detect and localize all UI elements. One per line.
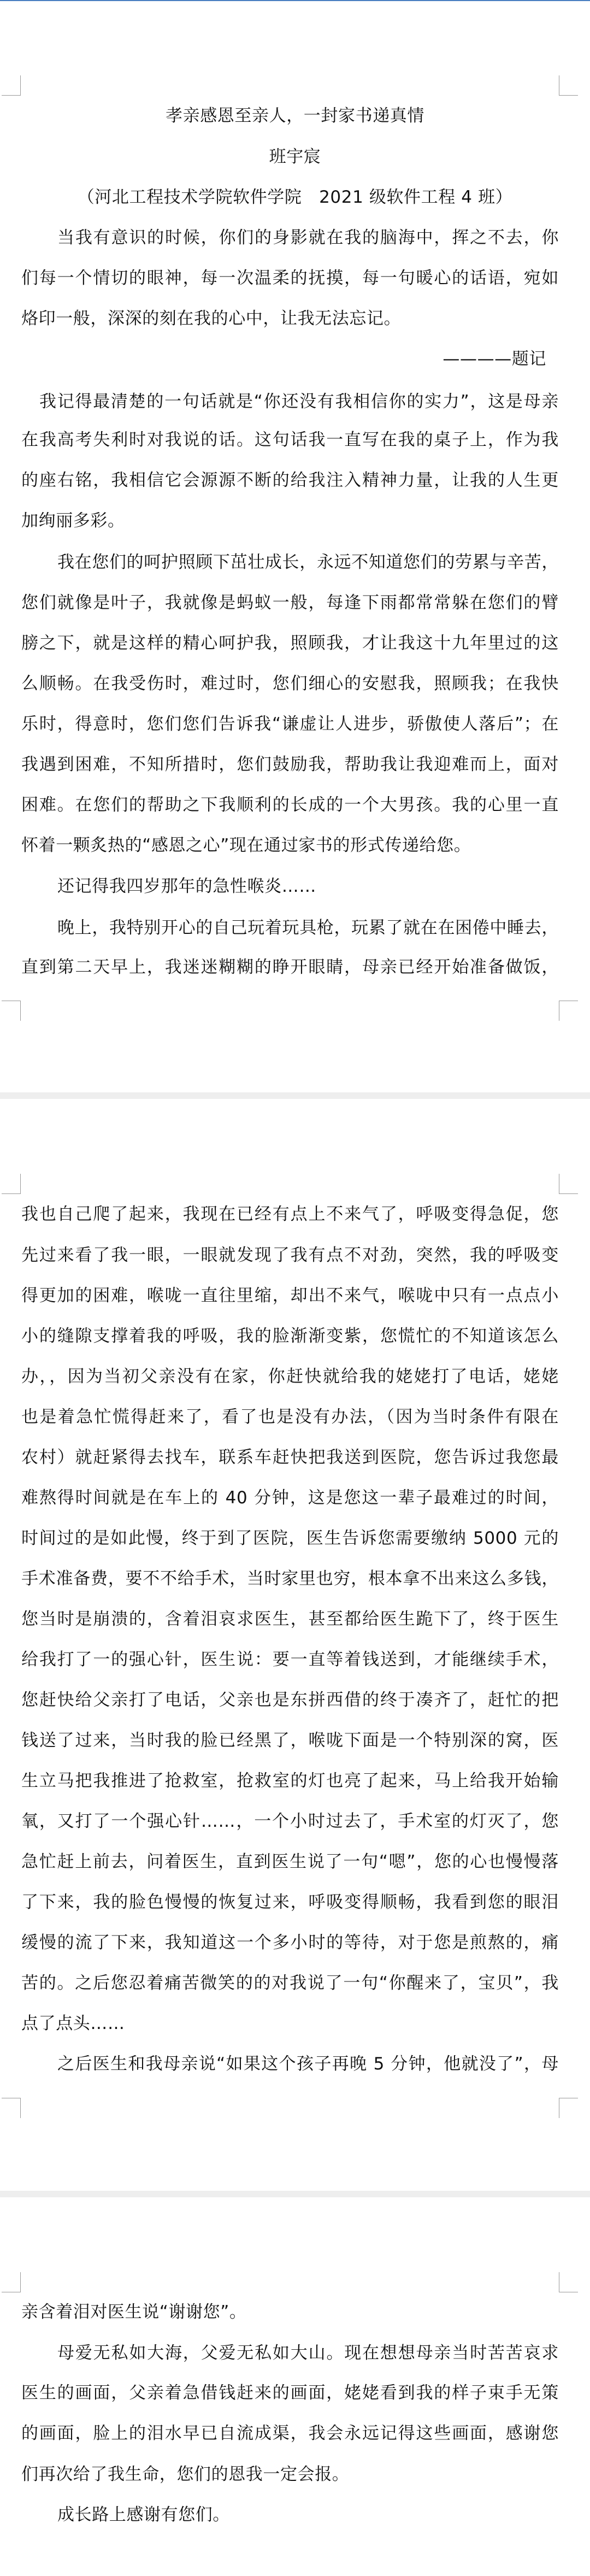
page-2: 我也自己爬了起来，我现在已经有点上不来气了，呼吸变得急促，您 先过来看了我一眼，…	[0, 1099, 590, 2191]
page-break-gap	[0, 1092, 590, 1099]
paragraph-line: 么顺畅。在我受伤时，难过时，您们细心的安慰我，照顾我；在我快	[21, 673, 559, 695]
paragraph-line: 难熬得时间就是在车上的 40 分钟，这是您这一辈子最难过的时间，	[21, 1487, 559, 1509]
paragraph-line: 办，，因为当初父亲没有在家，你赶快就给我的姥姥打了电话，姥姥	[21, 1366, 559, 1387]
paragraph-line: 氧，又打了一个强心针……，一个小时过去了，手术室的灯灭了，您	[21, 1810, 559, 1832]
paragraph-line: 的画面，脸上的泪水早已自流成渠，我会永远记得这些画面，感谢您	[21, 2422, 559, 2444]
margin-corner-mark	[2, 1174, 21, 1194]
paragraph-line: 生立马把我推进了抢救室，抢救室的灯也亮了起来，马上给我开始输	[21, 1770, 559, 1792]
margin-corner-mark	[559, 2272, 578, 2292]
epigraph-line: 烙印一般，深深的刻在我的心中，让我无法忘记。	[21, 308, 559, 330]
paragraph-line: 您赶快给父亲打了电话，父亲也是东拼西借的终于凑齐了，赶忙的把	[21, 1689, 559, 1711]
paragraph-line: 点了点头……	[21, 2013, 559, 2034]
epigraph-line: 当我有意识的时候，你们的身影就在我的脑海中，挥之不去，你	[57, 227, 559, 249]
margin-corner-mark	[2, 2272, 21, 2292]
epigraph-signature: ————题记	[0, 348, 546, 370]
paragraph-line: 亲含着泪对医生说“谢谢您”。	[21, 2301, 559, 2323]
paragraph-line: 时间过的是如此慢，终于到了医院，医生告诉您需要缴纳 5000 元的	[21, 1527, 559, 1549]
paragraph-line: 直到第二天早上，我迷迷糊糊的睁开眼睛，母亲已经开始准备做饭，	[21, 956, 559, 978]
author-affiliation: （河北工程技术学院软件学院 2021 级软件工程 4 班）	[0, 186, 590, 208]
paragraph-line: 困难。在您们的帮助之下我顺利的长成的一个大男孩。我的心里一直	[21, 794, 559, 816]
margin-corner-mark	[2, 1001, 21, 1021]
paragraph-line: 钱送了过来，当时我的脸已经黑了，喉咙下面是一个特别深的窝，医	[21, 1730, 559, 1751]
epigraph-line: 们每一个情切的眼神，每一次温柔的抚摸，每一句暖心的话语，宛如	[21, 267, 559, 289]
paragraph-line: 在我高考失利时对我说的话。这句话我一直写在我的桌子上，作为我	[21, 429, 559, 451]
paragraph-line: 也是着急忙慌得赶来了，看了也是没有办法，（因为当时条件有限在	[21, 1406, 559, 1428]
paragraph-line: 还记得我四岁那年的急性喉炎……	[57, 875, 559, 897]
paragraph-line: 成长路上感谢有您们。	[57, 2504, 559, 2526]
margin-corner-mark	[559, 75, 578, 96]
margin-corner-mark	[559, 2098, 578, 2118]
paragraph-line: 晚上，我特别开心的自己玩着玩具枪，玩累了就在在困倦中睡去，	[57, 917, 559, 939]
paragraph-line: 医生的画面，父亲着急借钱赶来的画面，姥姥看到我的样子束手无策	[21, 2382, 559, 2404]
paragraph-line: 们再次给了我生命，您们的恩我一定会报。	[21, 2463, 559, 2485]
author-name: 班宇宸	[0, 146, 590, 168]
paragraph-line: 膀之下，就是这样的精心呵护我，照顾我，才让我这十九年里过的这	[21, 632, 559, 654]
paragraph-line: 您们就像是叶子，我就像是蚂蚁一般，每逢下雨都常常躲在您们的臂	[21, 592, 559, 614]
margin-corner-mark	[2, 75, 21, 96]
margin-corner-mark	[559, 1174, 578, 1194]
paragraph-line: 之后医生和我母亲说“如果这个孩子再晚 5 分钟，他就没了”，母	[57, 2053, 559, 2075]
paragraph-line: 给我打了一的强心针，医生说：要一直等着钱送到，才能继续手术，	[21, 1649, 559, 1671]
paragraph-line: 急忙赶上前去，问着医生，直到医生说了一句“嗯”，您的心也慢慢落	[21, 1851, 559, 1873]
paragraph-line: 加绚丽多彩。	[21, 510, 559, 532]
page-1: 孝亲感恩至亲人，一封家书递真情 班宇宸 （河北工程技术学院软件学院 2021 级…	[0, 1, 590, 1092]
margin-corner-mark	[559, 1001, 578, 1021]
paragraph-line: 的座右铭，我相信它会源源不断的给我注入精神力量，让我的人生更	[21, 469, 559, 491]
paragraph-line: 苦的。之后您忍着痛苦微笑的的对我说了一句“你醒来了，宝贝”，我	[21, 1972, 559, 1994]
page-break-gap	[0, 2191, 590, 2197]
margin-corner-mark	[2, 2098, 21, 2118]
paragraph-line: 我也自己爬了起来，我现在已经有点上不来气了，呼吸变得急促，您	[21, 1203, 559, 1225]
paragraph-line: 我在您们的呵护照顾下茁壮成长，永远不知道您们的劳累与辛苦，	[57, 551, 559, 573]
paragraph-line: 缓慢的流了下来，我知道这一个多小时的等待，对于您是煎熬的，痛	[21, 1932, 559, 1954]
paragraph-line: 怀着一颗炙热的“感恩之心”现在通过家书的形式传递给您。	[21, 834, 559, 856]
paragraph-line: 乐时，得意时，您们您们告诉我“谦虚让人进步，骄傲使人落后”；在	[21, 713, 559, 735]
paragraph-line: 得更加的困难，喉咙一直往里缩，却出不来气，喉咙中只有一点点小	[21, 1285, 559, 1307]
paragraph-line: 手术准备费，要不不给手术，当时家里也穷，根本拿不出来这么多钱，	[21, 1568, 559, 1590]
paragraph-line: 您当时是崩溃的，含着泪哀求医生，甚至都给医生跪下了，终于医生	[21, 1608, 559, 1630]
document-title: 孝亲感恩至亲人，一封家书递真情	[0, 105, 590, 127]
paragraph-line: 我遇到困难，不知所措时，您们鼓励我，帮助我让我迎难而上，面对	[21, 754, 559, 775]
paragraph-line: 了下来，我的脸色慢慢的恢复过来，呼吸变得顺畅，我看到您的眼泪	[21, 1891, 559, 1913]
paragraph-line: 母爱无私如大海，父爱无私如大山。现在想想母亲当时苦苦哀求	[57, 2342, 559, 2364]
page-3: 亲含着泪对医生说“谢谢您”。 母爱无私如大海，父爱无私如大山。现在想想母亲当时苦…	[0, 2197, 590, 2576]
paragraph-line: 我记得最清楚的一句话就是“你还没有我相信你的实力”，这是母亲	[39, 391, 559, 413]
paragraph-line: 先过来看了我一眼，一眼就发现了我有点不对劲，突然，我的呼吸变	[21, 1244, 559, 1266]
paragraph-line: 农村）就赶紧得去找车，联系车赶快把我送到医院，您告诉过我您最	[21, 1446, 559, 1468]
paragraph-line: 小的缝隙支撑着我的呼吸，我的脸渐渐变紫，您慌忙的不知道该怎么	[21, 1325, 559, 1347]
